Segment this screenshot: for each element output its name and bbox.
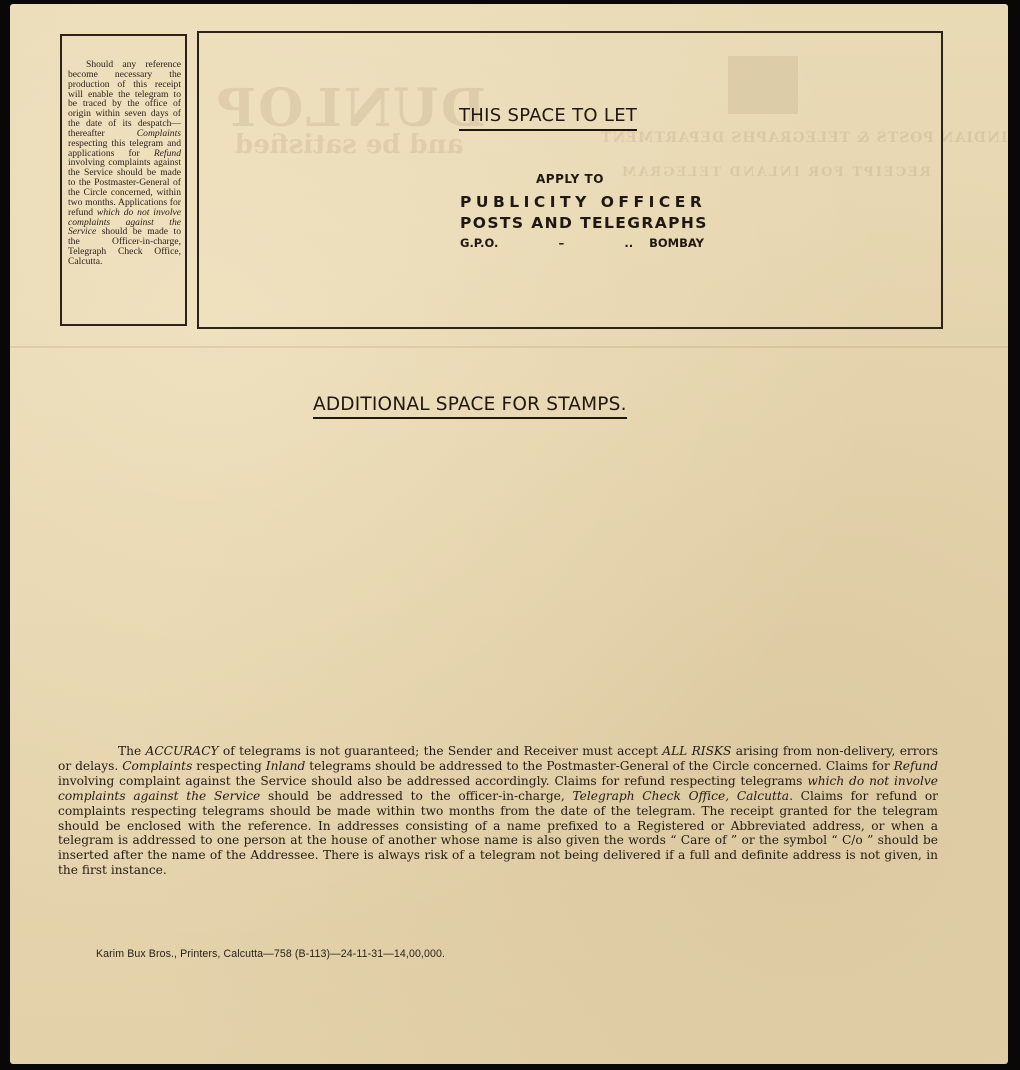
city-name: BOMBAY (649, 236, 704, 250)
space-to-let-heading: THIS SPACE TO LET (459, 105, 637, 131)
gpo-label: G.P.O. (460, 236, 498, 250)
leader-dots: .. (624, 236, 633, 250)
refund-notice-text: Should any reference become necessary th… (68, 60, 181, 267)
apply-to-label: APPLY TO (536, 172, 604, 186)
fold-crease (10, 346, 1008, 348)
terms-and-conditions: The ACCURACY of telegrams is not guarant… (58, 744, 938, 878)
refund-notice-box: Should any reference become necessary th… (60, 34, 187, 326)
publicity-officer: PUBLICITY OFFICER (460, 193, 706, 211)
posts-and-telegraphs: POSTS AND TELEGRAPHS (460, 214, 708, 232)
gpo-address: G.P.O. – .. BOMBAY (460, 236, 704, 250)
additional-stamps-heading: ADDITIONAL SPACE FOR STAMPS. (313, 394, 627, 419)
printer-imprint: Karim Bux Bros., Printers, Calcutta—758 … (96, 948, 445, 960)
address-city: .. BOMBAY (624, 236, 704, 250)
leader-dash: – (558, 236, 564, 250)
